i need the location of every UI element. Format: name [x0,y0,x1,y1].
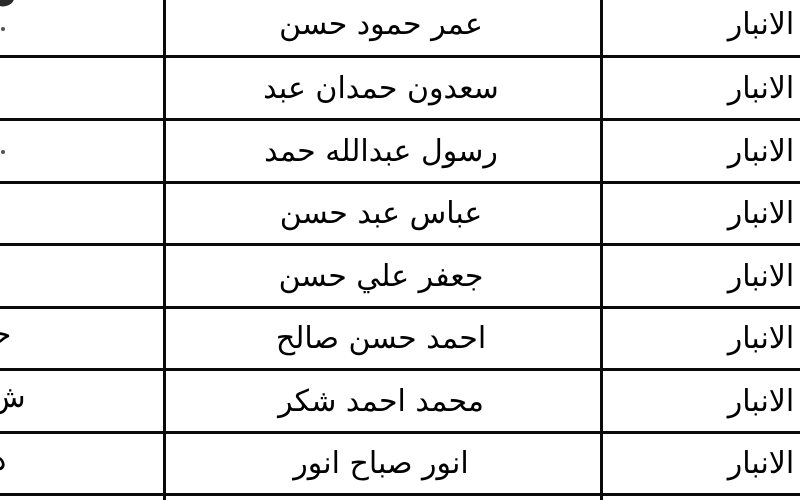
province-cell: الانبار [603,0,800,55]
cut-text-fragment [1,150,5,154]
name-cell: احمد حسن صالح [166,309,596,368]
document-table: عمر حمود حسن سعدون حمدان عبد رسول عبدالل… [0,0,800,500]
name-cell: جعفر علي حسن [166,246,596,306]
province-cell: الانبار [603,184,800,243]
name-cell: انور صباح انور [166,434,596,493]
cut-text-fragment [1,27,5,31]
name-cell: سعدون حمدان عبد [166,58,596,118]
name-cell: رسول عبدالله حمد [166,121,596,181]
province-cell: الانبار [603,309,800,368]
cut-text-fragment [0,0,15,8]
cut-text-fragment: حـ [0,320,11,350]
province-cell: الانبار [603,371,800,431]
cut-text-fragment: د [0,446,6,476]
province-cell: الانبار [603,434,800,493]
name-cell: عباس عبد حسن [166,184,596,243]
cut-text-fragment: ش [0,383,26,413]
province-cell: الانبار [603,246,800,306]
name-cell: عمر حمود حسن [166,0,596,55]
province-cell: الانبار [603,121,800,181]
table-row-border [0,493,800,496]
name-cell: محمد احمد شكر [166,371,596,431]
province-cell: الانبار [603,58,800,118]
